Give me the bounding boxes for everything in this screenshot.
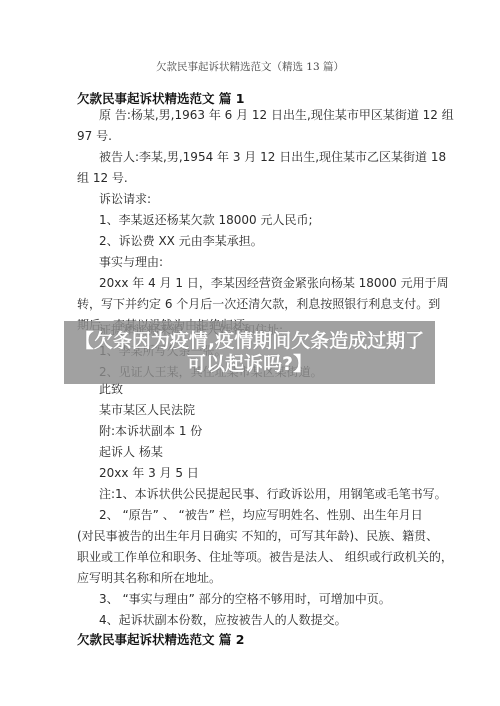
body-line: 20xx 年 4 月 1 日，李某因经营资金紧张向杨某 18000 元用于周 [99,276,449,290]
document-title: 欠款民事起诉状精选范文（精选 13 篇） [0,59,500,74]
body-line: 事实与理由: [99,255,449,269]
body-line: 被告人:李某,男,1954 年 3 月 12 日出生,现住某市乙区某街道 18 [99,150,449,164]
body-line: 应写明其名称和所在地址。 [77,571,427,585]
body-line: 职业或工作单位和职务、住址等项。被告是法人、 组织或行政机关的， [77,550,427,564]
body-line: 起诉人 杨某 [99,445,449,459]
body-line: 2、诉讼费 XX 元由李某承担。 [99,234,449,248]
section-heading-2: 欠款民事起诉状精选范文 篇 2 [77,630,244,648]
body-line: 20xx 年 3 月 5 日 [99,466,449,480]
body-line: 转，写下并约定 6 个月后一次还清欠款，利息按照银行利息支付。到 [77,297,427,311]
body-line: 3、 “事实与理由” 部分的空格不够用时，可增加中页。 [99,592,449,606]
body-line: (对民事被告的出生年月日确实 不知的，可写其年龄)、民族、籍贯、 [77,529,427,543]
article-title-banner: 【欠条因为疫情,疫情期间欠条造成过期了可以起诉吗?】 [64,321,435,384]
body-line: 组 12 号. [77,171,427,185]
body-line: 2、 “原告” 、 “被告” 栏，均应写明姓名、性别、出生年月日 [99,508,449,522]
body-line: 97 号. [77,129,427,143]
section-heading-1: 欠款民事起诉状精选范文 篇 1 [77,89,244,107]
body-line: 诉讼请求: [99,192,449,206]
body-line: 注:1、本诉状供公民提起民事、行政诉讼用，用钢笔或毛笔书写。 [99,487,449,501]
document-page: 欠款民事起诉状精选范文（精选 13 篇） 欠款民事起诉状精选范文 篇 1 原 告… [0,0,500,706]
body-line: 4、起诉状副本份数，应按被告人的人数提交。 [99,613,449,627]
body-line: 此致 [99,382,449,396]
body-line: 原 告:杨某,男,1963 年 6 月 12 日出生,现住某市甲区某街道 12 … [99,108,449,122]
body-line: 某市某区人民法院 [99,403,449,417]
body-line: 1、李某返还杨某欠款 18000 元人民币; [99,213,449,227]
article-title-text: 【欠条因为疫情,疫情期间欠条造成过期了可以起诉吗?】 [70,330,430,376]
body-line: 附:本诉状副本 1 份 [99,424,449,438]
